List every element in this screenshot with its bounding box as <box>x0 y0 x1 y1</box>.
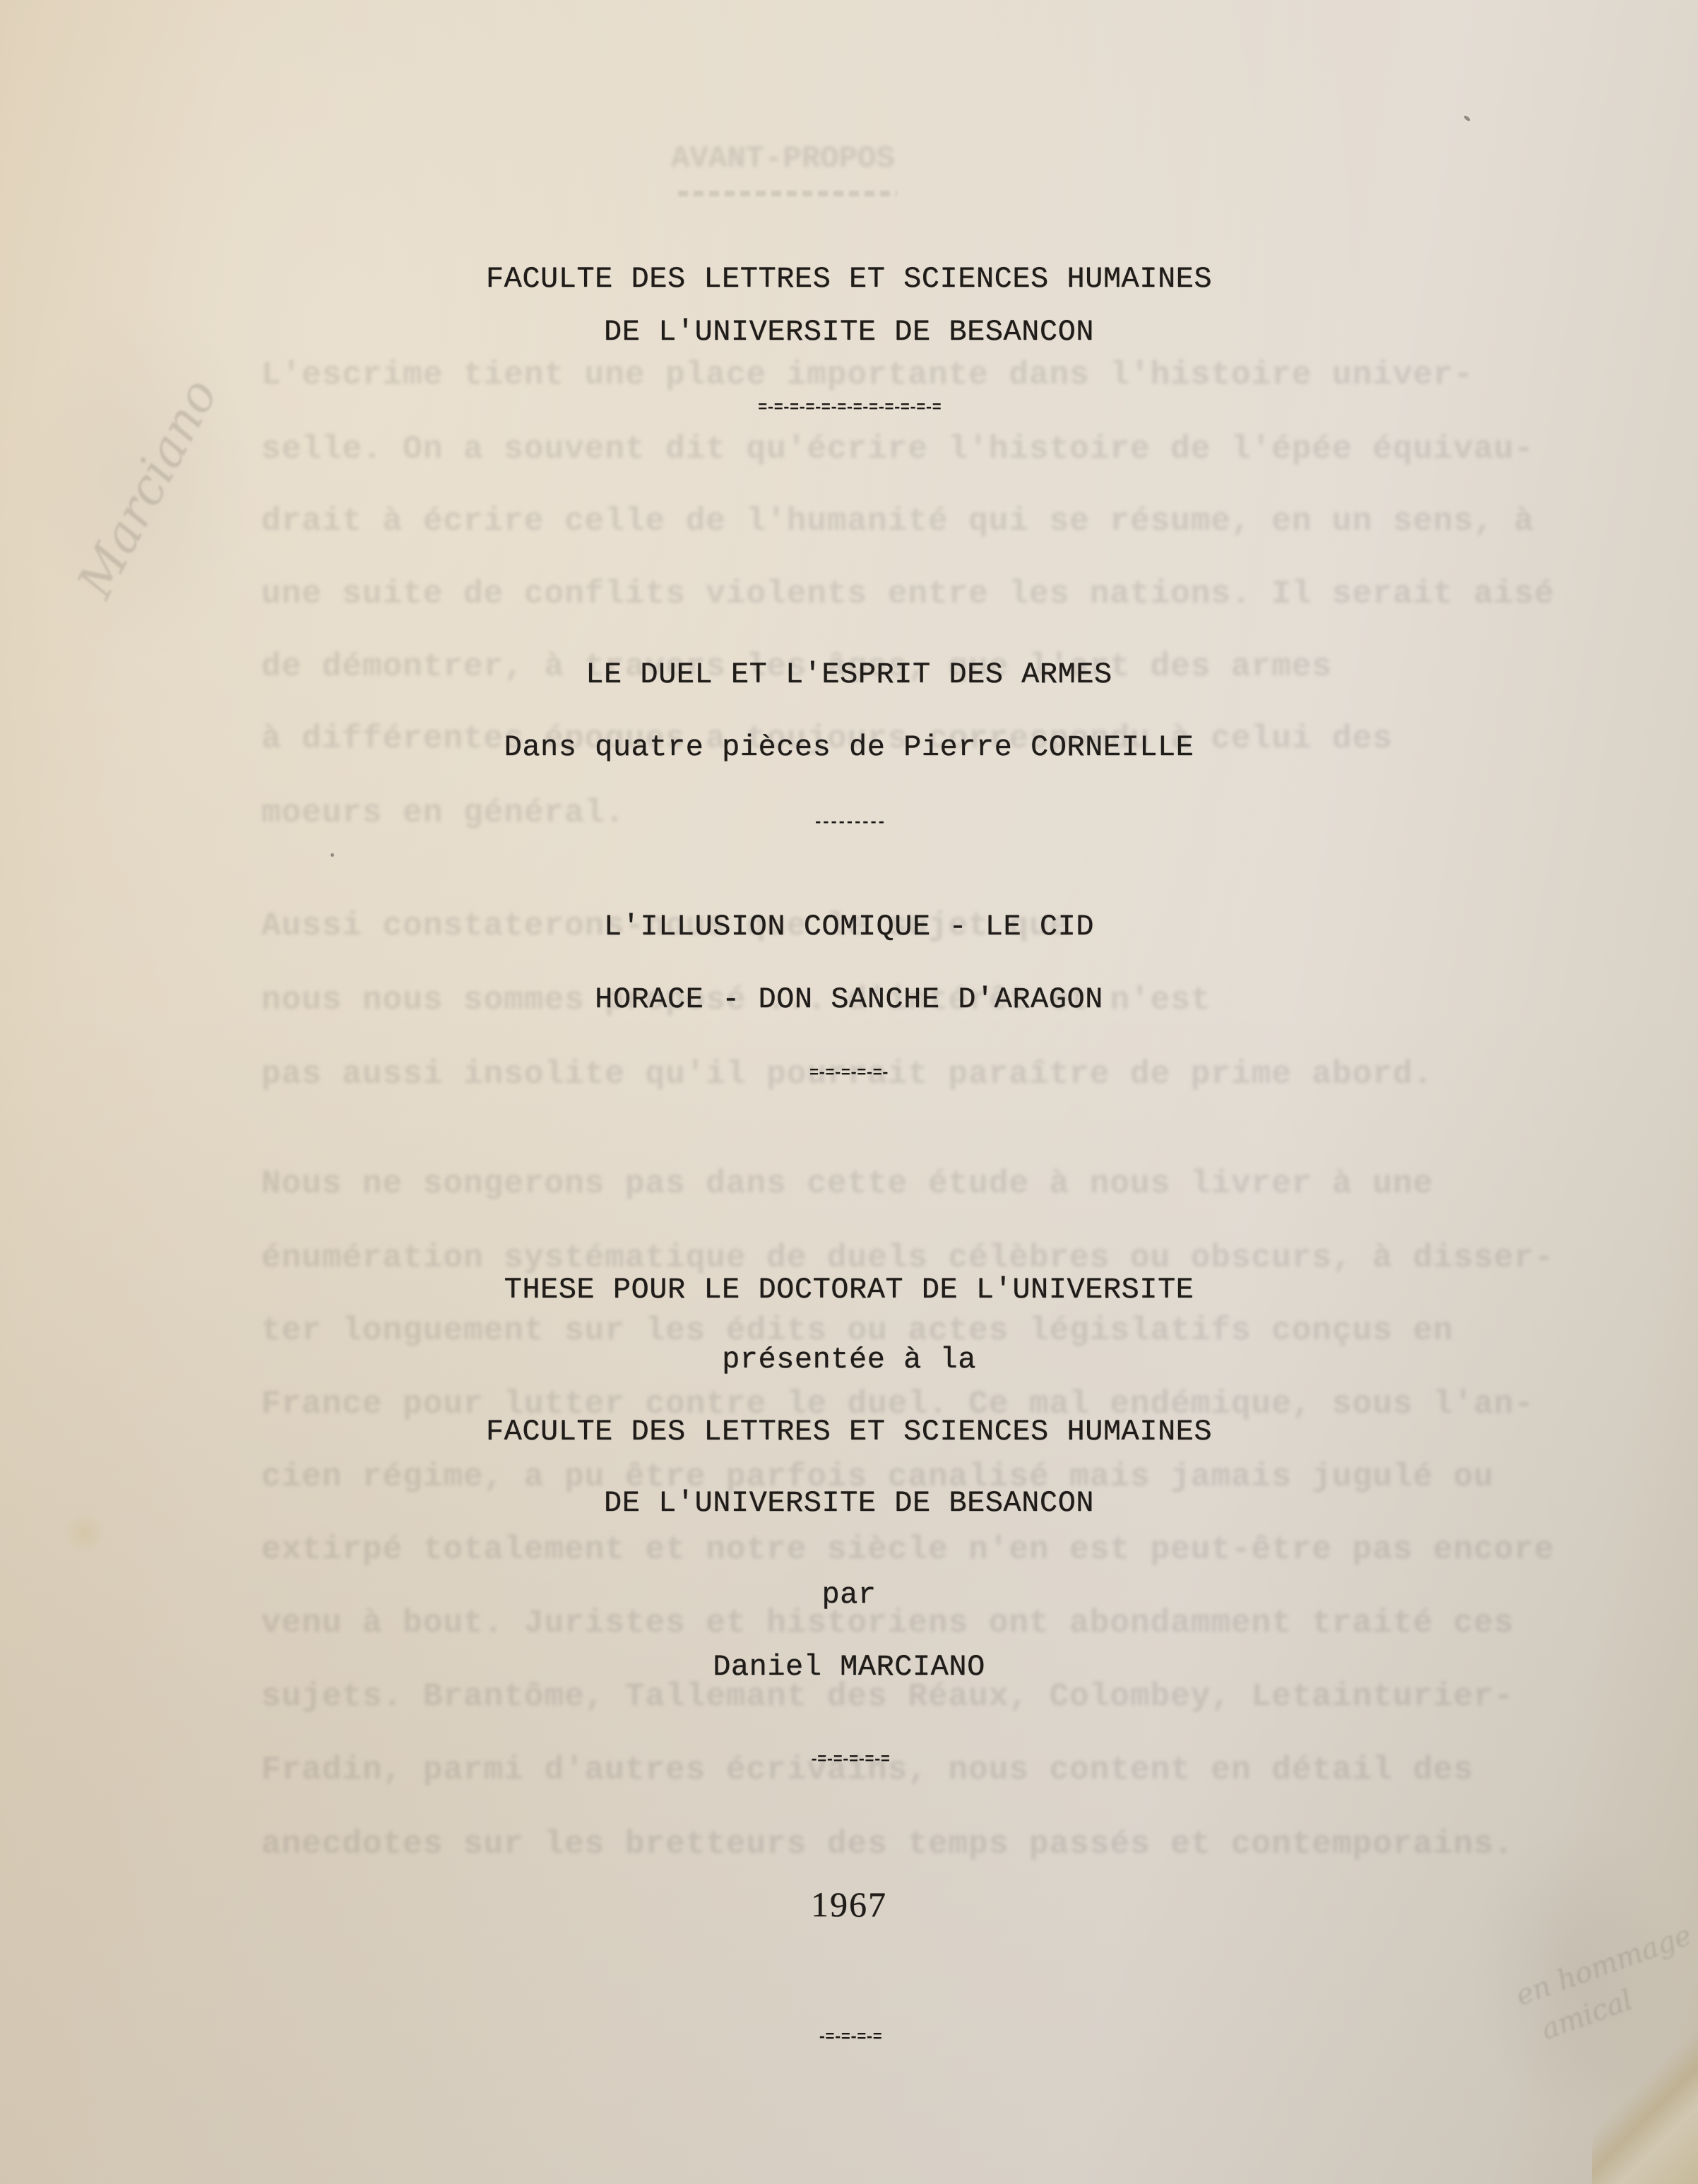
bleed-through-heading: AVANT-PROPOS <box>671 141 895 177</box>
faculty-line-1: FACULTE DES LETTRES ET SCIENCES HUMAINES <box>0 1414 1698 1449</box>
plays-line-1: L'ILLUSION COMIQUE - LE CID <box>0 909 1698 944</box>
bleed-through-line: Nous ne songerons pas dans cette étude à… <box>261 1165 1476 1202</box>
page-corner-curl <box>1592 2029 1698 2184</box>
bleed-through-line: extirpé totalement et notre siècle n'en … <box>261 1531 1476 1568</box>
presented-line: présentée à la <box>0 1342 1698 1377</box>
bleed-through-line: selle. On a souvent dit qu'écrire l'hist… <box>261 431 1476 468</box>
plays-line-2: HORACE - DON SANCHE D'ARAGON <box>0 982 1698 1017</box>
thesis-subtitle: Dans quatre pièces de Pierre CORNEILLE <box>0 730 1698 765</box>
bleed-through-line: énumération systématique de duels célèbr… <box>261 1240 1476 1276</box>
paper-speck <box>1464 114 1471 121</box>
bleed-through-line: drait à écrire celle de l'humanité qui s… <box>261 503 1476 540</box>
separator-4: -=-=-=-=-= <box>0 1752 1698 1769</box>
author-name: Daniel MARCIANO <box>0 1649 1698 1685</box>
institution-line-2: DE L'UNIVERSITE DE BESANCON <box>0 314 1698 350</box>
separator-2: --------- <box>0 814 1698 831</box>
bleed-through-rule <box>678 191 897 196</box>
by-label: par <box>0 1577 1698 1613</box>
separator-3: =-=-=-=-=- <box>0 1065 1698 1082</box>
separator-1: =-=-=-=-=-=-=-=-=-=-=-= <box>0 400 1698 417</box>
bleed-through-line: anecdotes sur les bretteurs des temps pa… <box>261 1826 1476 1863</box>
thesis-degree-line: THESE POUR LE DOCTORAT DE L'UNIVERSITE <box>0 1272 1698 1307</box>
separator-5: -=-=-=-= <box>0 2029 1698 2046</box>
year: 1967 <box>0 1887 1698 1922</box>
institution-line-1: FACULTE DES LETTRES ET SCIENCES HUMAINES <box>0 261 1698 297</box>
paper-speck <box>331 853 334 857</box>
thesis-title: LE DUEL ET L'ESPRIT DES ARMES <box>0 657 1698 692</box>
bleed-through-line: L'escrime tient une place importante dan… <box>261 357 1476 393</box>
faculty-line-2: DE L'UNIVERSITE DE BESANCON <box>0 1485 1698 1521</box>
bleed-through-line: une suite de conflits violents entre les… <box>261 576 1476 612</box>
thesis-title-page: Marciano en hommage amical AVANT-PROPOS … <box>0 0 1698 2184</box>
